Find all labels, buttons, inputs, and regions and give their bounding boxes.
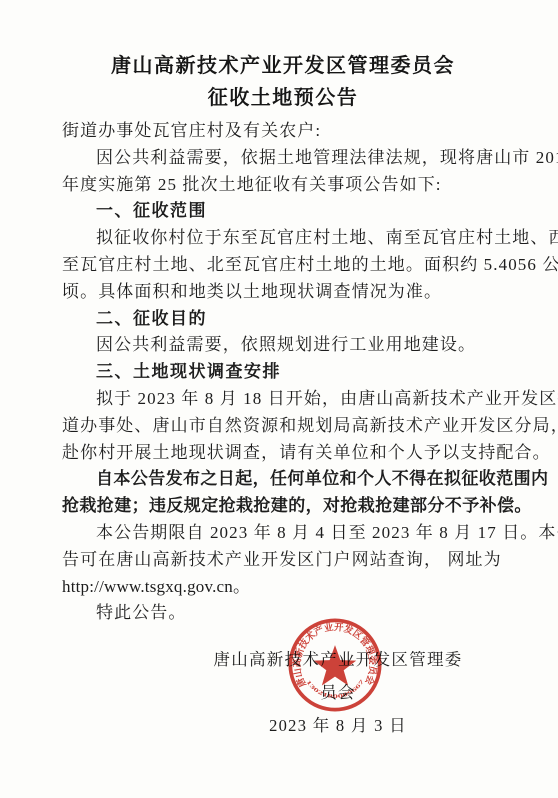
body-line: 顷。具体面积和地类以土地现状调查情况为准。 <box>62 279 504 306</box>
body-line: 拟于 2023 年 8 月 18 日开始，由唐山高新技术产业开发区街 <box>62 386 504 413</box>
salutation: 街道办事处瓦官庄村及有关农户: <box>62 118 504 145</box>
body-line: 赴你村开展土地现状调查，请有关单位和个人予以支持配合。 <box>62 440 504 467</box>
body-line: 本公告期限自 2023 年 8 月 4 日至 2023 年 8 月 17 日。本… <box>62 520 504 547</box>
closing-line: 特此公告。 <box>62 600 504 627</box>
signature-block: 唐山高新技术产业开发区管理委员会 2023 年 8 月 3 日 <box>205 643 471 742</box>
document-title-org: 唐山高新技术产业开发区管理委员会 <box>62 50 504 82</box>
body-line: 年度实施第 25 批次土地征收有关事项公告如下: <box>62 172 504 199</box>
signature-org: 唐山高新技术产业开发区管理委员会 <box>205 643 471 709</box>
document-body: 唐山高新技术产业开发区管理委员会 征收土地预公告 街道办事处瓦官庄村及有关农户:… <box>62 50 504 627</box>
section-heading-2: 二、征收目的 <box>62 306 504 333</box>
body-line: 至瓦官庄村土地、北至瓦官庄村土地的土地。面积约 5.4056 公 <box>62 252 504 279</box>
section-heading-1: 一、征收范围 <box>62 198 504 225</box>
warning-line-bold: 抢栽抢建；违反规定抢栽抢建的，对抢栽抢建部分不予补偿。 <box>62 493 504 520</box>
body-line: 道办事处、唐山市自然资源和规划局高新技术产业开发区分局， <box>62 413 504 440</box>
document-title: 征收土地预公告 <box>62 82 504 114</box>
section-heading-3: 三、土地现状调查安排 <box>62 359 504 386</box>
warning-line-bold: 自本公告发布之日起，任何单位和个人不得在拟征收范围内 <box>62 466 504 493</box>
body-line: 因公共利益需要，依据土地管理法律法规，现将唐山市 2019 <box>62 145 504 172</box>
scanned-notice-page: 唐山高新技术产业开发区管理委员会 征收土地预公告 街道办事处瓦官庄村及有关农户:… <box>0 0 558 798</box>
body-line: 拟征收你村位于东至瓦官庄村土地、南至瓦官庄村土地、西 <box>62 225 504 252</box>
body-line: 告可在唐山高新技术产业开发区门户网站查询， 网址为 <box>62 547 504 574</box>
website-url-text: http://www.tsgxq.gov.cn。 <box>62 574 504 601</box>
body-line: 因公共利益需要，依照规划进行工业用地建设。 <box>62 332 504 359</box>
signature-date: 2023 年 8 月 3 日 <box>205 709 471 742</box>
